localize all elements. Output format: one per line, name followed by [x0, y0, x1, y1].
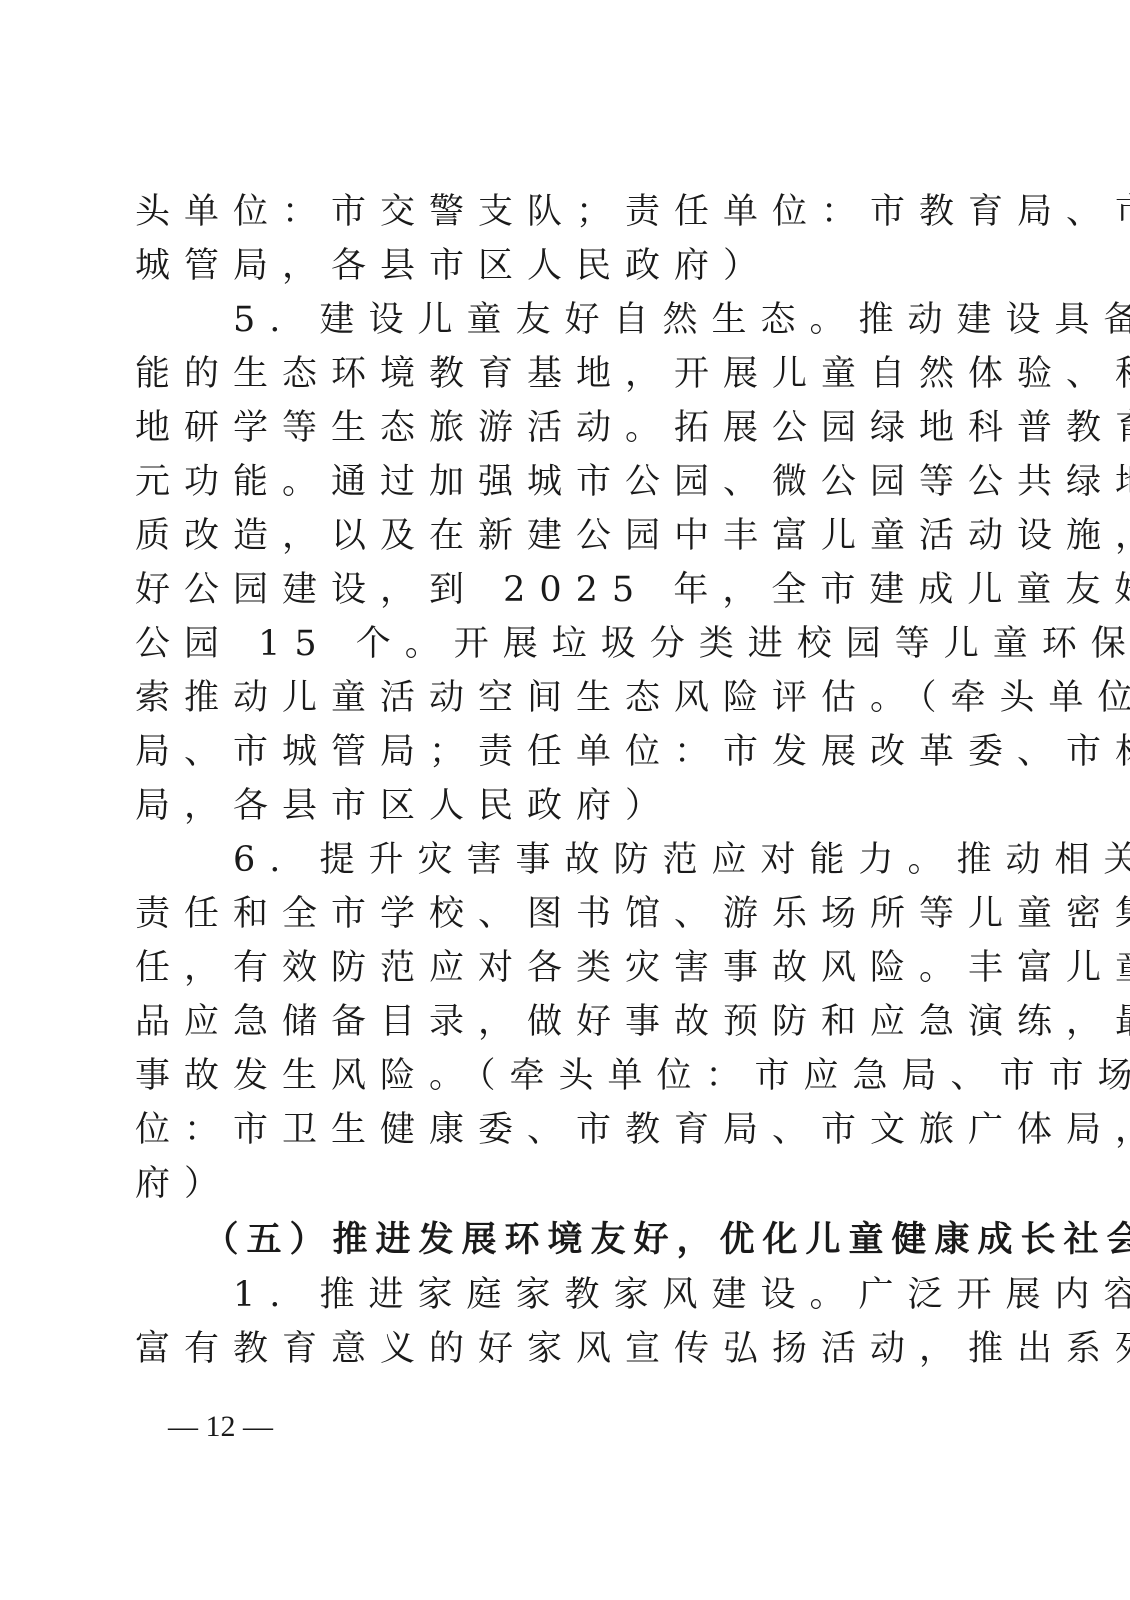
section-heading: （五）推进发展环境友好，优化儿童健康成长社会环境 [135, 1213, 955, 1267]
document-page: 头单位：市交警支队；责任单位：市教育局、市交通运输局、市 城管局，各县市区人民政… [0, 0, 1130, 1600]
text-line: 局，各县市区人民政府） [135, 779, 955, 833]
text-line: 头单位：市交警支队；责任单位：市教育局、市交通运输局、市 [135, 185, 955, 239]
text-line: 6. 提升灾害事故防范应对能力。推动相关部门落实行业监管 [135, 833, 955, 887]
text-line: 能的生态环境教育基地，开展儿童自然体验、科普宣教、森林湿 [135, 347, 955, 401]
text-line: 富有教育意义的好家风宣传弘扬活动，推出系列家风文化服务产 [135, 1322, 955, 1376]
text-line: 1. 推进家庭家教家风建设。广泛开展内容丰富、形式新颖、 [135, 1268, 955, 1322]
text-line: 元功能。通过加强城市公园、微公园等公共绿地的适儿化设施提 [135, 455, 955, 509]
text-line: 好公园建设，到 2025 年，全市建成儿童友好公园或儿童友好微 [135, 563, 955, 617]
text-line: 索推动儿童活动空间生态风险评估。（牵头单位：市生态环境 [135, 671, 955, 725]
text-line: 位：市卫生健康委、市教育局、市文旅广体局，各县市区人民政 [135, 1103, 955, 1157]
text-line: 质改造，以及在新建公园中丰富儿童活动设施，积极推进儿童友 [135, 509, 955, 563]
text-line: 城管局，各县市区人民政府） [135, 239, 955, 293]
text-line: 事故发生风险。（牵头单位：市应急局、市市场监管局；责任单 [135, 1049, 955, 1103]
text-line: 地研学等生态旅游活动。拓展公园绿地科普教育、游戏运动等多 [135, 401, 955, 455]
text-line: 5. 建设儿童友好自然生态。推动建设具备科普、体验等多功 [135, 293, 955, 347]
text-line: 责任和全市学校、图书馆、游乐场所等儿童密集场所安全主体责 [135, 887, 955, 941]
text-line: 府） [135, 1157, 955, 1211]
text-line: 任，有效防范应对各类灾害事故风险。丰富儿童食品、药品、用 [135, 941, 955, 995]
text-line: 公园 15 个。开展垃圾分类进校园等儿童环保主题教育活动。探 [135, 617, 955, 671]
text-line: 局、市城管局；责任单位：市发展改革委、市林业局、市教育 [135, 725, 955, 779]
page-number: — 12 — [168, 1400, 273, 1454]
text-line: 品应急储备目录，做好事故预防和应急演练，最大限度降低灾害 [135, 995, 955, 1049]
